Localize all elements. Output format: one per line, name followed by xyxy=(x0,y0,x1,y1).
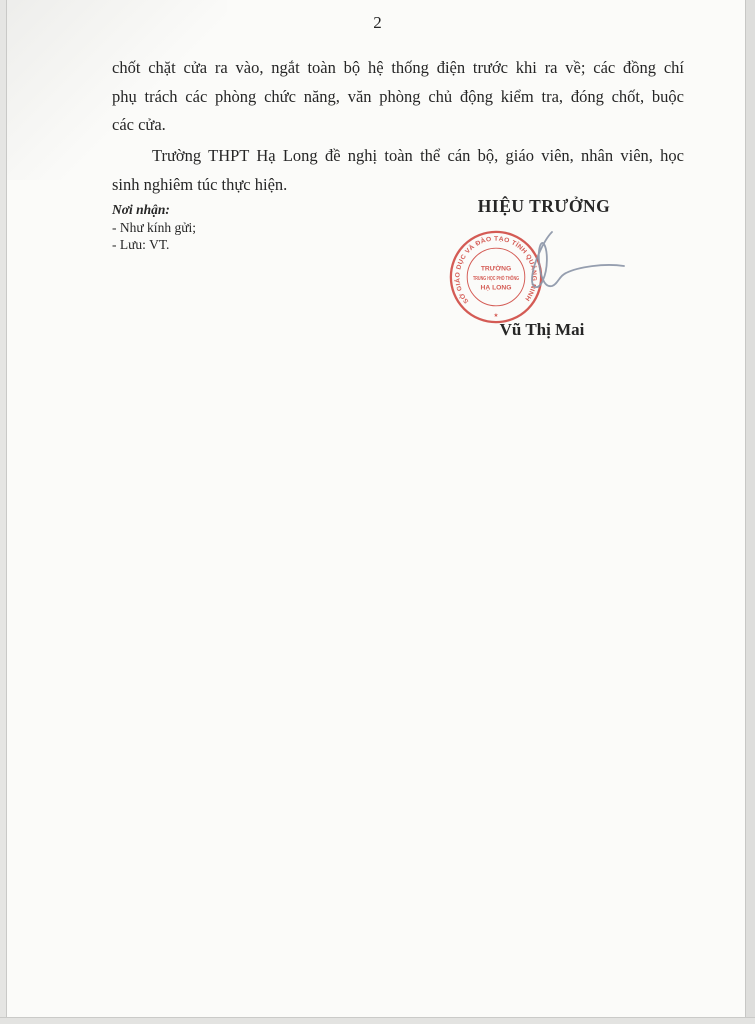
stamp-center-line-2: TRUNG HỌC PHỔ THÔNG xyxy=(473,274,519,282)
paragraph-line: Trường THPT Hạ Long đề nghị toàn thể cán… xyxy=(112,142,684,171)
stamp-star: ★ xyxy=(493,312,498,319)
signer-title: HIỆU TRƯỞNG xyxy=(449,196,639,217)
page-number: 2 xyxy=(0,13,755,33)
paragraph-continuation: chốt chặt cửa ra vào, ngắt toàn bộ hệ th… xyxy=(112,54,684,140)
signature-ink xyxy=(514,227,632,305)
recipients-heading: Nơi nhận: xyxy=(112,201,342,219)
recipients-item: - Lưu: VT. xyxy=(112,236,342,254)
paragraph-line: chốt chặt cửa ra vào, ngắt toàn bộ hệ th… xyxy=(112,54,684,83)
stamp-center-line-1: TRƯỜNG xyxy=(481,263,511,272)
scan-edge-left xyxy=(0,0,7,1024)
scan-edge-right xyxy=(745,0,755,1024)
paragraph-line: các cửa. xyxy=(112,111,684,140)
paragraph-line: phụ trách các phòng chức năng, văn phòng… xyxy=(112,83,684,112)
scan-edge-bottom xyxy=(0,1017,755,1024)
recipients-block: Nơi nhận: - Như kính gửi; - Lưu: VT. xyxy=(112,201,342,254)
signature-stroke xyxy=(532,232,624,287)
stamp-center-line-3: HẠ LONG xyxy=(481,284,512,291)
paragraph-request: Trường THPT Hạ Long đề nghị toàn thể cán… xyxy=(112,142,684,199)
paragraph-line: sinh nghiêm túc thực hiện. xyxy=(112,171,684,200)
signer-name: Vũ Thị Mai xyxy=(447,320,637,340)
document-page: 2 chốt chặt cửa ra vào, ngắt toàn bộ hệ … xyxy=(0,0,755,1024)
recipients-item: - Như kính gửi; xyxy=(112,219,342,237)
